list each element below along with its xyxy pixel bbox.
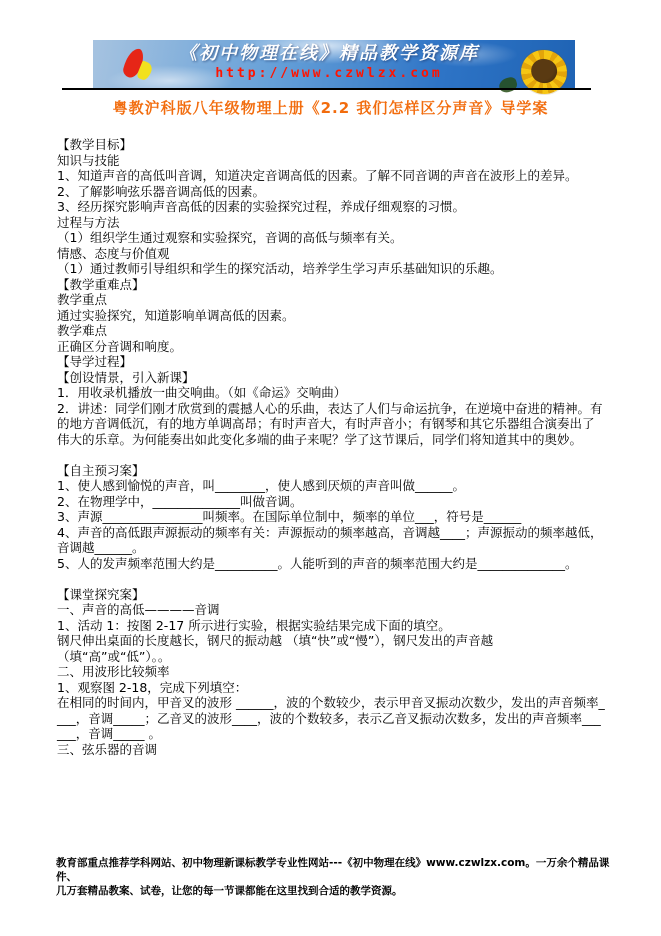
paragraph: 【课堂探究案】	[57, 587, 606, 603]
paragraph: 教学难点	[57, 323, 606, 339]
paragraph: 【创设情景，引入新课】	[57, 370, 606, 386]
paragraph: 【自主预习案】	[57, 463, 606, 479]
banner-site-url: http://www.czwlzx.com	[153, 66, 505, 82]
paragraph	[57, 447, 606, 463]
paragraph: 通过实验探究，知道影响单调高低的因素。	[57, 308, 606, 324]
paragraph: 教学重点	[57, 292, 606, 308]
paragraph: 5、人的发声频率范围大约是__________。人能听到的声音的频率范围大约是_…	[57, 556, 606, 572]
paragraph: 2．讲述：同学们刚才欣赏到的震撼人心的乐曲，表达了人们与命运抗争，在逆境中奋进的…	[57, 401, 606, 448]
paragraph: 2、在物理学中，______________叫做音调。	[57, 494, 606, 510]
paragraph: 4、声音的高低跟声源振动的频率有关：声源振动的频率越高，音调越____；声源振动…	[57, 525, 606, 556]
paragraph: 1、知道声音的高低叫音调，知道决定音调高低的因素。了解不同音调的声音在波形上的差…	[57, 168, 606, 184]
banner-text: 《初中物理在线》精品教学资源库 http://www.czwlzx.com	[153, 42, 505, 82]
header-divider	[62, 88, 591, 90]
page-footer: 教育部重点推荐学科网站、初中物理新课标教学专业性网站---《初中物理在线》www…	[56, 856, 628, 898]
paragraph: 1、活动 1：按图 2-17 所示进行实验，根据实验结果完成下面的填空。	[57, 618, 606, 634]
paragraph: 一、声音的高低————音调	[57, 602, 606, 618]
paragraph: 情感、态度与价值观	[57, 246, 606, 262]
document-page: { "banner": { "site_title": "《初中物理在线》精品教…	[0, 0, 661, 936]
paragraph: 2、了解影响弦乐器音调高低的因素。	[57, 184, 606, 200]
paragraph: 1、使人感到愉悦的声音，叫________，使人感到厌烦的声音叫做______。	[57, 478, 606, 494]
paragraph	[57, 571, 606, 587]
paragraph: 【导学过程】	[57, 354, 606, 370]
paragraph: 1．用收录机播放一曲交响曲。（如《命运》交响曲）	[57, 385, 606, 401]
footer-line-2: 几万套精品教案、试卷，让您的每一节课都能在这里找到合适的教学资源。	[56, 884, 628, 898]
site-banner: 《初中物理在线》精品教学资源库 http://www.czwlzx.com	[93, 40, 575, 88]
paragraph: 3、声源________________叫频率。在国际单位制中，频率的单位___…	[57, 509, 606, 525]
paragraph: 3、经历探究影响声音高低的因素的实验探究过程，养成仔细观察的习惯。	[57, 199, 606, 215]
paragraph: 【教学目标】	[57, 137, 606, 153]
paragraph: 知识与技能	[57, 153, 606, 169]
footer-line-1: 教育部重点推荐学科网站、初中物理新课标教学专业性网站---《初中物理在线》www…	[56, 856, 628, 884]
document-body: 【教学目标】知识与技能1、知道声音的高低叫音调，知道决定音调高低的因素。了解不同…	[57, 137, 606, 757]
banner-site-title: 《初中物理在线》精品教学资源库	[153, 42, 505, 66]
paragraph: 钢尺伸出桌面的长度越长，钢尺的振动越 （填“快”或“慢”），钢尺发出的声音越 （…	[57, 633, 606, 664]
paragraph: 二、用波形比较频率	[57, 664, 606, 680]
paragraph: （1）组织学生通过观察和实验探究，音调的高低与频率有关。	[57, 230, 606, 246]
paragraph: 过程与方法	[57, 215, 606, 231]
paragraph: 1、观察图 2-18，完成下列填空：	[57, 680, 606, 696]
paragraph: 正确区分音调和响度。	[57, 339, 606, 355]
paragraph: 在相同的时间内，甲音叉的波形 ______，波的个数较少，表示甲音叉振动次数少，…	[57, 695, 606, 742]
paragraph: 三、弦乐器的音调	[57, 742, 606, 758]
paragraph: 【教学重难点】	[57, 277, 606, 293]
paragraph: （1）通过教师引导组织和学生的探究活动，培养学生学习声乐基础知识的乐趣。	[57, 261, 606, 277]
page-title: 粤教沪科版八年级物理上册《2.2 我们怎样区分声音》导学案	[0, 97, 661, 118]
